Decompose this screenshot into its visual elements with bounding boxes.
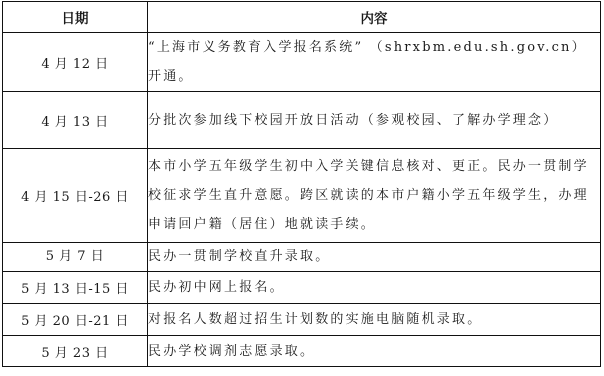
table-row: 5 月 23 日 民办学校调剂志愿录取。 [3,336,601,367]
row-content: 民办初中网上报名。 [148,272,601,304]
row-content: 民办一贯制学校直升录取。 [148,243,601,272]
row-date: 5 月 23 日 [3,336,148,367]
header-content: 内容 [148,2,601,33]
table-row: 4 月 12 日 “上海市义务教育入学报名系统” （shrxbm.edu.sh.… [3,33,601,92]
row-date: 4 月 13 日 [3,92,148,149]
row-date: 5 月 13 日-15 日 [3,272,148,304]
table-row: 5 月 7 日 民办一贯制学校直升录取。 [3,243,601,272]
table-row: 5 月 20 日-21 日 对报名人数超过招生计划数的实施电脑随机录取。 [3,304,601,336]
row-content: “上海市义务教育入学报名系统” （shrxbm.edu.sh.gov.cn）开通… [148,33,601,92]
row-date: 4 月 12 日 [3,33,148,92]
table-row: 4 月 13 日 分批次参加线下校园开放日活动（参观校园、了解办学理念） [3,92,601,149]
row-date: 5 月 20 日-21 日 [3,304,148,336]
schedule-table: 日期 内容 4 月 12 日 “上海市义务教育入学报名系统” （shrxbm.e… [2,1,601,367]
row-content: 本市小学五年级学生初中入学关键信息核对、更正。民办一贯制学校征求学生直升意愿。跨… [148,149,601,243]
table-row: 4 月 15 日-26 日 本市小学五年级学生初中入学关键信息核对、更正。民办一… [3,149,601,243]
row-date: 4 月 15 日-26 日 [3,149,148,243]
row-content: 民办学校调剂志愿录取。 [148,336,601,367]
row-content: 对报名人数超过招生计划数的实施电脑随机录取。 [148,304,601,336]
row-content: 分批次参加线下校园开放日活动（参观校园、了解办学理念） [148,92,601,149]
header-date: 日期 [3,2,148,33]
header-row: 日期 内容 [3,2,601,33]
row-date: 5 月 7 日 [3,243,148,272]
table-row: 5 月 13 日-15 日 民办初中网上报名。 [3,272,601,304]
